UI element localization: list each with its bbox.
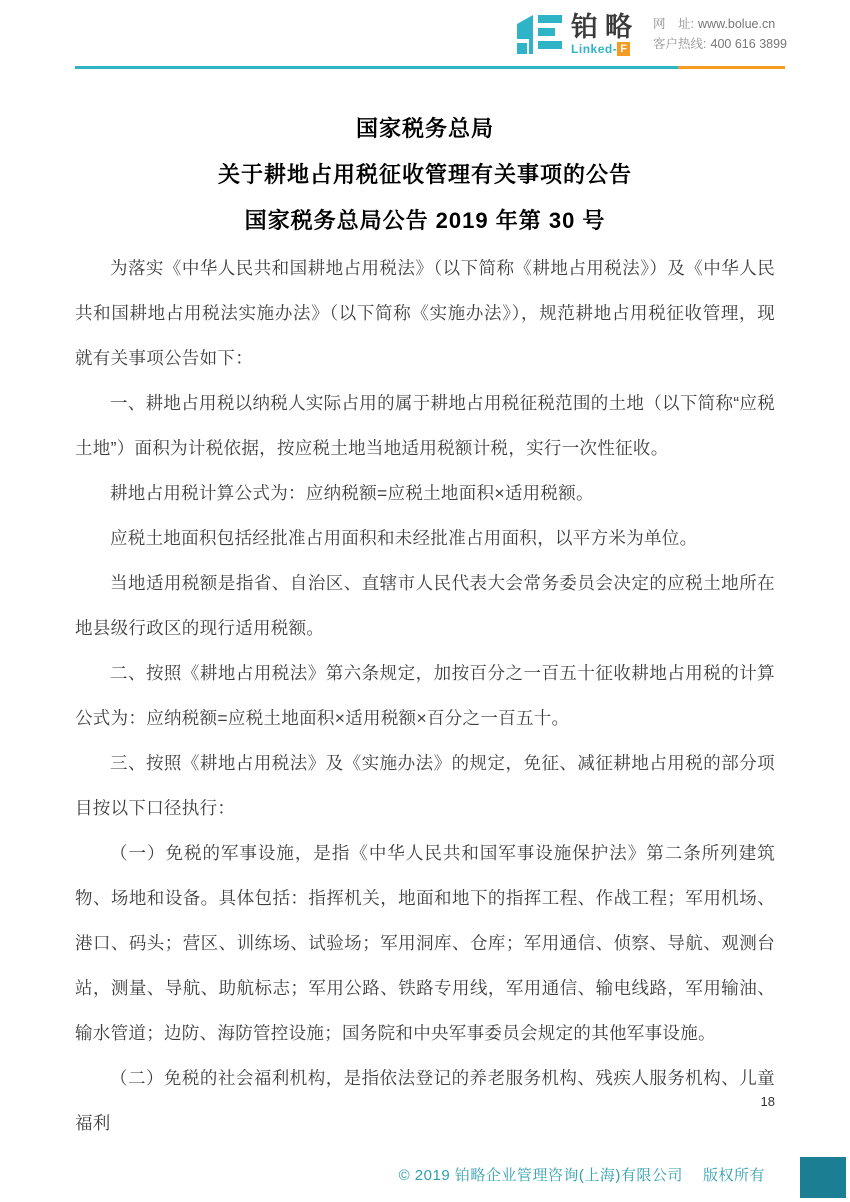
paragraph: 三、按照《耕地占用税法》及《实施办法》的规定，免征、减征耕地占用税的部分项目按以… <box>75 741 775 831</box>
hotline-value: 400 616 3899 <box>711 34 787 54</box>
copyright-text: © 2019 铂略企业管理咨询(上海)有限公司 版权所有 <box>399 1164 765 1185</box>
hotline-row: 客户热线: 400 616 3899 <box>653 34 787 54</box>
paragraph: 二、按照《耕地占用税法》第六条规定，加按百分之一百五十征收耕地占用税的计算公式为… <box>75 651 775 741</box>
logo-text: 铂略 Linked- F <box>571 13 639 56</box>
document-body: 为落实《中华人民共和国耕地占用税法》（以下简称《耕地占用税法》）及《中华人民共和… <box>75 246 775 1146</box>
website-row: 网 址: www.bolue.cn <box>653 14 787 34</box>
brand-name-cn: 铂略 <box>571 13 639 41</box>
paragraph: 应税土地面积包括经批准占用面积和未经批准占用面积，以平方米为单位。 <box>75 516 775 561</box>
page-number: 18 <box>761 1094 775 1109</box>
website-label: 网 址: <box>653 14 694 34</box>
bolue-logo: 铂略 Linked- F <box>517 12 639 56</box>
website-value: www.bolue.cn <box>698 14 775 34</box>
header-divider-teal <box>75 66 678 69</box>
brand-name-en: Linked- F <box>571 42 630 56</box>
title-number: 国家税务总局公告 2019 年第 30 号 <box>75 198 775 244</box>
paragraph: 耕地占用税计算公式为：应纳税额=应税土地面积×适用税额。 <box>75 471 775 516</box>
paragraph: （二）免税的社会福利机构，是指依法登记的养老服务机构、残疾人服务机构、儿童福利 <box>75 1056 775 1146</box>
header-divider-orange <box>678 66 785 69</box>
footer-accent-square <box>800 1157 846 1198</box>
paragraph: 一、耕地占用税以纳税人实际占用的属于耕地占用税征税范围的土地（以下简称“应税土地… <box>75 381 775 471</box>
page-header: 铂略 Linked- F 网 址: www.bolue.cn 客户热线: 400… <box>75 12 787 56</box>
paragraph: （一）免税的军事设施，是指《中华人民共和国军事设施保护法》第二条所列建筑物、场地… <box>75 831 775 1056</box>
paragraph: 当地适用税额是指省、自治区、直辖市人民代表大会常务委员会决定的应税土地所在地县级… <box>75 561 775 651</box>
document-content: 国家税务总局 关于耕地占用税征收管理有关事项的公告 国家税务总局公告 2019 … <box>75 100 775 1146</box>
paragraph: 为落实《中华人民共和国耕地占用税法》（以下简称《耕地占用税法》）及《中华人民共和… <box>75 246 775 381</box>
hotline-label: 客户热线: <box>653 34 706 54</box>
brand-badge-f: F <box>617 42 630 56</box>
bolue-logo-icon <box>517 12 563 56</box>
document-titles: 国家税务总局 关于耕地占用税征收管理有关事项的公告 国家税务总局公告 2019 … <box>75 106 775 244</box>
contact-info: 网 址: www.bolue.cn 客户热线: 400 616 3899 <box>653 14 787 54</box>
header-divider <box>75 66 785 69</box>
title-subject: 关于耕地占用税征收管理有关事项的公告 <box>75 152 775 198</box>
document-page: 铂略 Linked- F 网 址: www.bolue.cn 客户热线: 400… <box>0 0 850 1202</box>
title-agency: 国家税务总局 <box>75 106 775 152</box>
